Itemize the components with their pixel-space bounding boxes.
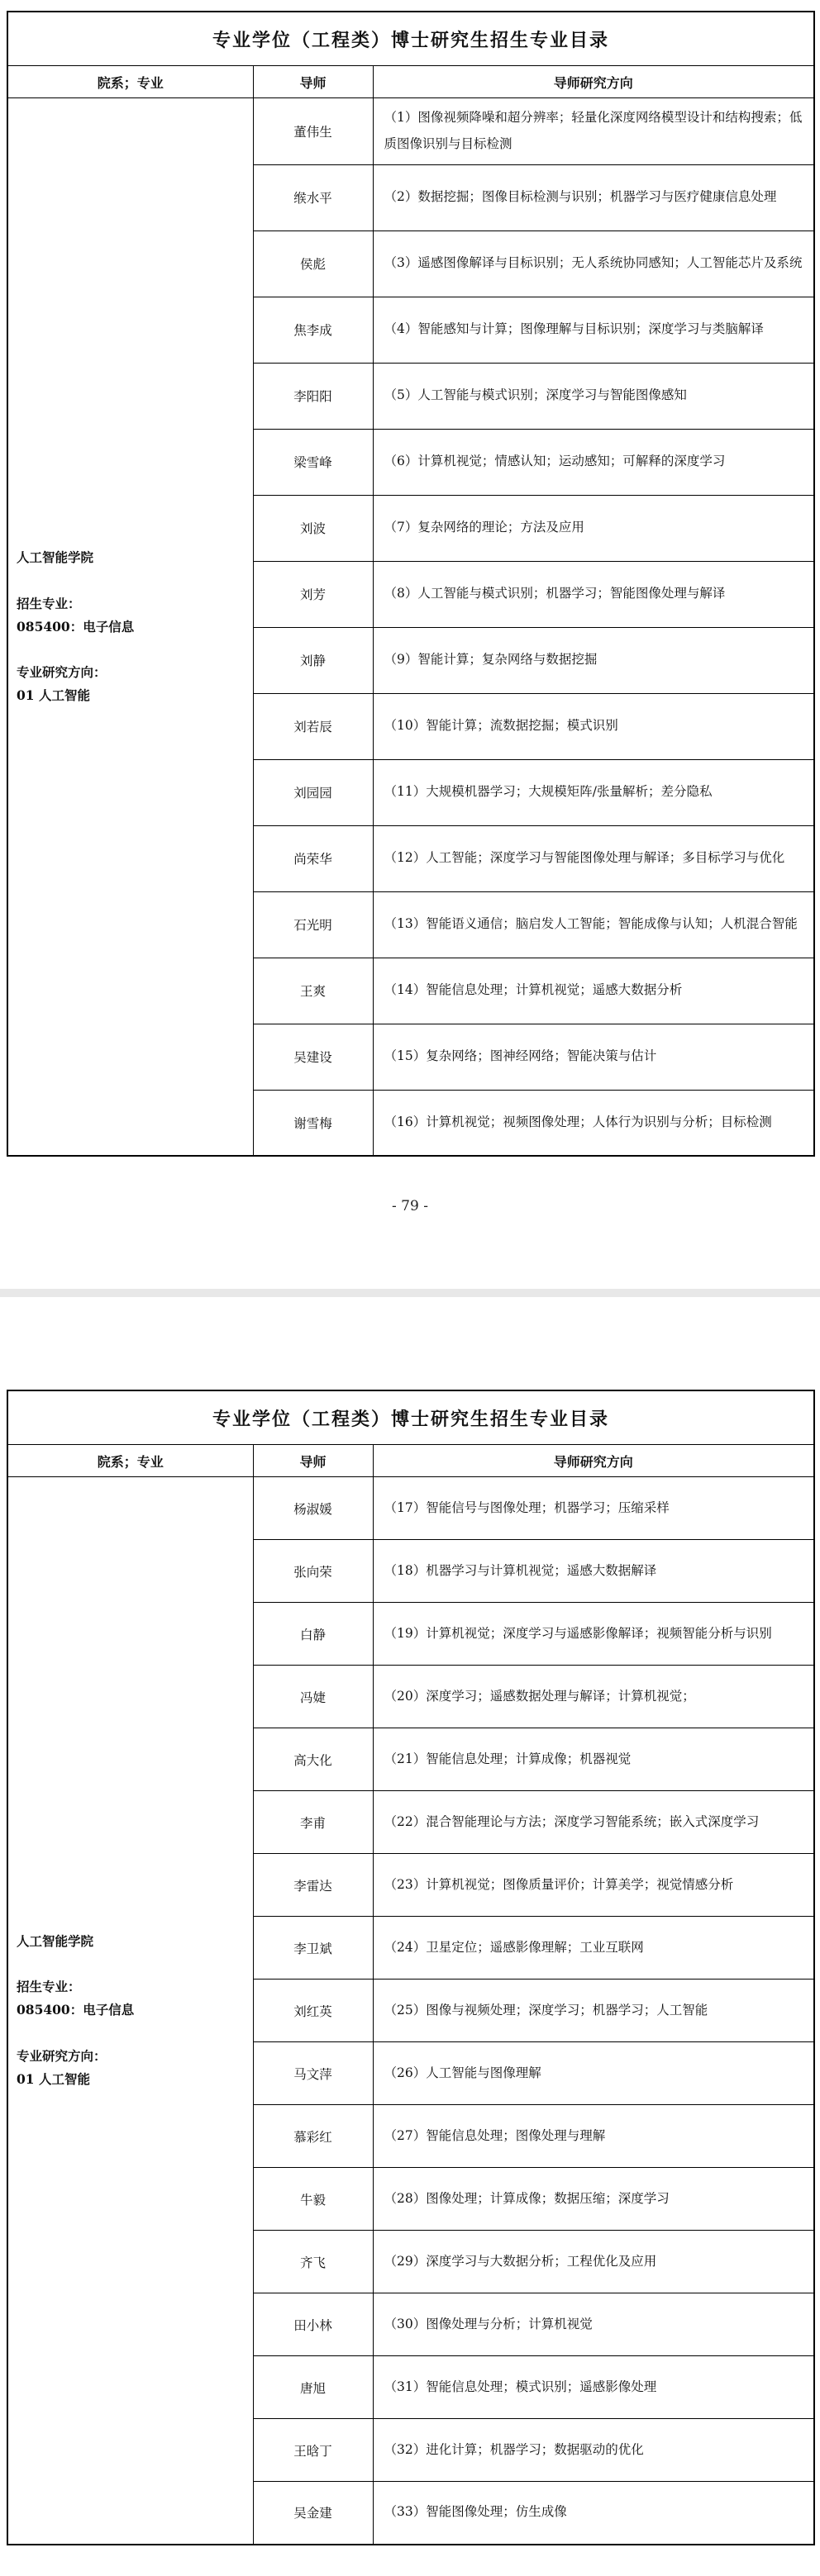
page-2: 专业学位（工程类）博士研究生招生专业目录 院系；专业 导师 导师研究方向 人工智… <box>0 1297 820 2545</box>
tutor-name: 唐旭 <box>253 2356 373 2419</box>
tutor-name: 尚荣华 <box>253 825 373 891</box>
department-line: 招生专业： <box>17 1975 248 1999</box>
tutor-name: 马文萍 <box>253 2042 373 2105</box>
research-direction: （29）深度学习与大数据分析；工程优化及应用 <box>373 2231 814 2293</box>
tutor-name: 刘波 <box>253 495 373 561</box>
tutor-name: 冯婕 <box>253 1666 373 1728</box>
department-line <box>17 638 248 661</box>
page-number: - 79 - <box>7 1157 813 1289</box>
department-cell: 人工智能学院 招生专业：085400：电子信息 专业研究方向：01 人工智能 <box>7 1477 253 2545</box>
tutor-name: 李雷达 <box>253 1854 373 1917</box>
tutor-name: 石光明 <box>253 891 373 958</box>
research-direction: （31）智能信息处理；模式识别；遥感影像处理 <box>373 2356 814 2419</box>
department-line: 专业研究方向： <box>17 2045 248 2068</box>
tutor-name: 董伟生 <box>253 98 373 165</box>
column-header-department: 院系；专业 <box>7 66 253 98</box>
header-row: 院系；专业 导师 导师研究方向 <box>7 66 814 98</box>
tutor-name: 刘静 <box>253 627 373 693</box>
tutor-name: 谢雪梅 <box>253 1090 373 1156</box>
research-direction: （21）智能信息处理；计算成像；机器视觉 <box>373 1728 814 1791</box>
research-direction: （32）进化计算；机器学习；数据驱动的优化 <box>373 2419 814 2482</box>
tutor-name: 梁雪峰 <box>253 429 373 495</box>
research-direction: （16）计算机视觉；视频图像处理；人体行为识别与分析；目标检测 <box>373 1090 814 1156</box>
page-separator <box>0 1289 820 1297</box>
column-header-department: 院系；专业 <box>7 1445 253 1477</box>
research-direction: （12）人工智能；深度学习与智能图像处理与解译；多目标学习与优化 <box>373 825 814 891</box>
research-direction: （22）混合智能理论与方法；深度学习智能系统；嵌入式深度学习 <box>373 1791 814 1854</box>
page-1: 专业学位（工程类）博士研究生招生专业目录 院系；专业 导师 导师研究方向 人工智… <box>0 0 820 1289</box>
tutor-name: 张向荣 <box>253 1540 373 1603</box>
research-direction: （20）深度学习；遥感数据处理与解译；计算机视觉； <box>373 1666 814 1728</box>
column-header-direction: 导师研究方向 <box>373 66 814 98</box>
research-direction: （5）人工智能与模式识别；深度学习与智能图像感知 <box>373 363 814 429</box>
research-direction: （27）智能信息处理；图像处理与理解 <box>373 2105 814 2168</box>
research-direction: （25）图像与视频处理；深度学习；机器学习；人工智能 <box>373 1980 814 2042</box>
department-line: 人工智能学院 <box>17 1930 248 1953</box>
research-direction: （4）智能感知与计算；图像理解与目标识别；深度学习与类脑解译 <box>373 297 814 363</box>
research-direction: （6）计算机视觉；情感认知；运动感知；可解释的深度学习 <box>373 429 814 495</box>
tutor-name: 高大化 <box>253 1728 373 1791</box>
tutor-name: 刘园园 <box>253 759 373 825</box>
research-direction: （13）智能语义通信；脑启发人工智能；智能成像与认知；人机混合智能 <box>373 891 814 958</box>
research-direction: （3）遥感图像解译与目标识别；无人系统协同感知；人工智能芯片及系统 <box>373 231 814 297</box>
title-row: 专业学位（工程类）博士研究生招生专业目录 <box>7 12 814 66</box>
research-direction: （1）图像视频降噪和超分辨率；轻量化深度网络模型设计和结构搜索；低质图像识别与目… <box>373 98 814 165</box>
tutor-name: 刘若辰 <box>253 693 373 759</box>
research-direction: （15）复杂网络；图神经网络；智能决策与估计 <box>373 1024 814 1090</box>
research-direction: （2）数据挖掘；图像目标检测与识别；机器学习与医疗健康信息处理 <box>373 164 814 231</box>
research-direction: （26）人工智能与图像理解 <box>373 2042 814 2105</box>
research-direction: （33）智能图像处理；仿生成像 <box>373 2482 814 2545</box>
research-direction: （11）大规模机器学习；大规模矩阵/张量解析；差分隐私 <box>373 759 814 825</box>
table-title: 专业学位（工程类）博士研究生招生专业目录 <box>7 1390 814 1445</box>
tutor-name: 杨淑媛 <box>253 1477 373 1540</box>
department-line <box>17 2022 248 2045</box>
tutor-name: 白静 <box>253 1603 373 1666</box>
tutor-name: 刘红英 <box>253 1980 373 2042</box>
column-header-tutor: 导师 <box>253 66 373 98</box>
table-row: 人工智能学院 招生专业：085400：电子信息 专业研究方向：01 人工智能杨淑… <box>7 1477 814 1540</box>
catalog-table-page2: 专业学位（工程类）博士研究生招生专业目录 院系；专业 导师 导师研究方向 人工智… <box>7 1390 815 2545</box>
research-direction: （24）卫星定位；遥感影像理解；工业互联网 <box>373 1917 814 1980</box>
tutor-name: 侯彪 <box>253 231 373 297</box>
tutor-name: 齐飞 <box>253 2231 373 2293</box>
department-line: 专业研究方向： <box>17 661 248 684</box>
research-direction: （30）图像处理与分析；计算机视觉 <box>373 2293 814 2356</box>
tutor-name: 吴建设 <box>253 1024 373 1090</box>
research-direction: （17）智能信号与图像处理；机器学习；压缩采样 <box>373 1477 814 1540</box>
research-direction: （28）图像处理；计算成像；数据压缩；深度学习 <box>373 2168 814 2231</box>
tutor-name: 慕彩红 <box>253 2105 373 2168</box>
research-direction: （14）智能信息处理；计算机视觉；遥感大数据分析 <box>373 958 814 1024</box>
tutor-name: 刘芳 <box>253 561 373 627</box>
department-line <box>17 1953 248 1976</box>
department-line <box>17 569 248 592</box>
research-direction: （7）复杂网络的理论；方法及应用 <box>373 495 814 561</box>
department-cell: 人工智能学院 招生专业：085400：电子信息 专业研究方向：01 人工智能 <box>7 98 253 1157</box>
table-row: 人工智能学院 招生专业：085400：电子信息 专业研究方向：01 人工智能董伟… <box>7 98 814 165</box>
tutor-name: 王爽 <box>253 958 373 1024</box>
tutor-name: 缑水平 <box>253 164 373 231</box>
research-direction: （9）智能计算；复杂网络与数据挖掘 <box>373 627 814 693</box>
department-line: 招生专业： <box>17 592 248 615</box>
department-line: 085400：电子信息 <box>17 1999 248 2022</box>
research-direction: （23）计算机视觉；图像质量评价；计算美学；视觉情感分析 <box>373 1854 814 1917</box>
research-direction: （10）智能计算；流数据挖掘；模式识别 <box>373 693 814 759</box>
department-line: 01 人工智能 <box>17 2068 248 2091</box>
research-direction: （8）人工智能与模式识别；机器学习；智能图像处理与解译 <box>373 561 814 627</box>
column-header-tutor: 导师 <box>253 1445 373 1477</box>
tutor-name: 焦李成 <box>253 297 373 363</box>
tutor-name: 李阳阳 <box>253 363 373 429</box>
research-direction: （18）机器学习与计算机视觉；遥感大数据解译 <box>373 1540 814 1603</box>
department-line: 人工智能学院 <box>17 546 248 569</box>
tutor-name: 李卫斌 <box>253 1917 373 1980</box>
document-viewer: 专业学位（工程类）博士研究生招生专业目录 院系；专业 导师 导师研究方向 人工智… <box>0 0 820 2545</box>
tutor-name: 王晗丁 <box>253 2419 373 2482</box>
header-row: 院系；专业 导师 导师研究方向 <box>7 1445 814 1477</box>
tutor-name: 田小林 <box>253 2293 373 2356</box>
catalog-table-page1: 专业学位（工程类）博士研究生招生专业目录 院系；专业 导师 导师研究方向 人工智… <box>7 11 815 1157</box>
tutor-name: 牛毅 <box>253 2168 373 2231</box>
research-direction: （19）计算机视觉；深度学习与遥感影像解译；视频智能分析与识别 <box>373 1603 814 1666</box>
title-row: 专业学位（工程类）博士研究生招生专业目录 <box>7 1390 814 1445</box>
table-title: 专业学位（工程类）博士研究生招生专业目录 <box>7 12 814 66</box>
department-line: 085400：电子信息 <box>17 615 248 639</box>
tutor-name: 吴金建 <box>253 2482 373 2545</box>
tutor-name: 李甫 <box>253 1791 373 1854</box>
department-line: 01 人工智能 <box>17 684 248 707</box>
column-header-direction: 导师研究方向 <box>373 1445 814 1477</box>
